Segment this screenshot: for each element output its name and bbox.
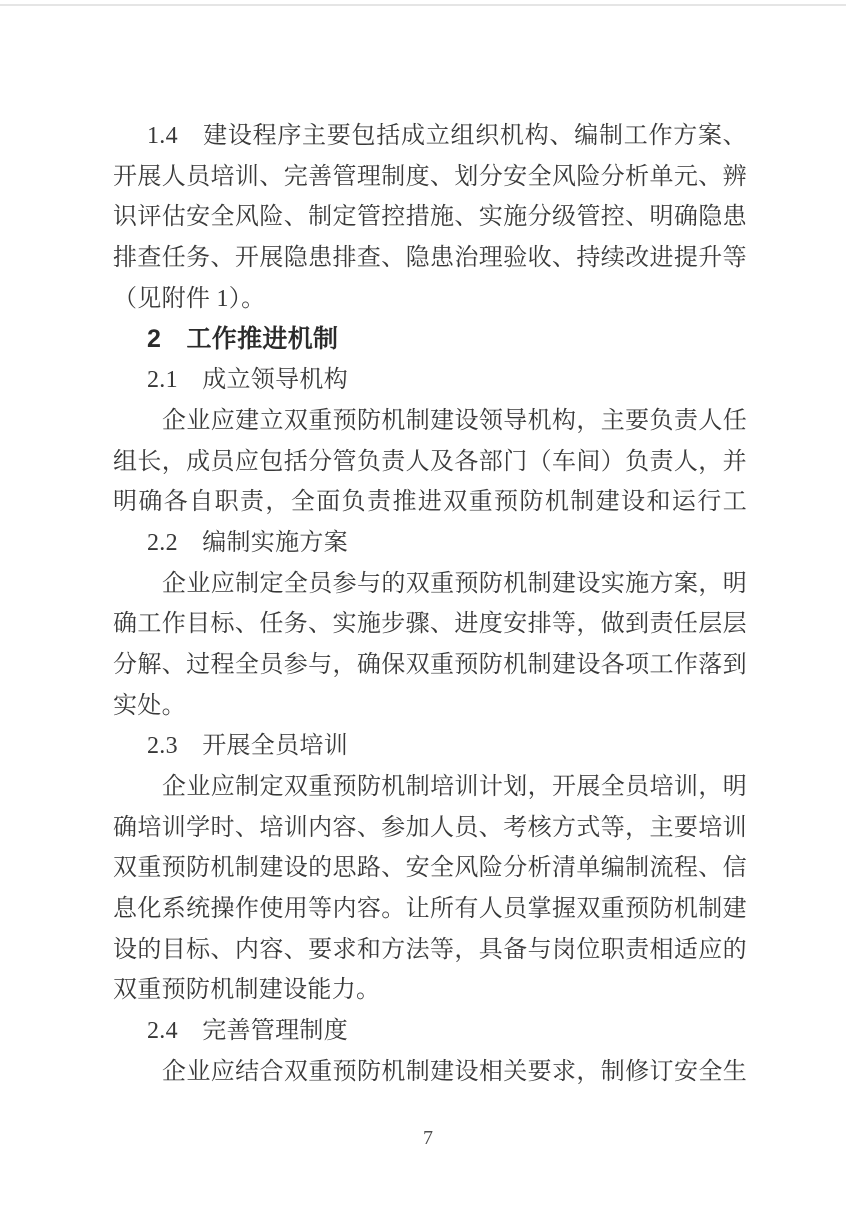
text-line: 确培训学时、培训内容、参加人员、考核方式等，主要培训 [113, 808, 747, 849]
text-line: 企业应制定全员参与的双重预防机制建设实施方案，明 [113, 564, 747, 605]
text-line: 设的目标、内容、要求和方法等，具备与岗位职责相适应的 [113, 930, 747, 971]
subsection-heading: 2.2 编制实施方案 [113, 523, 747, 564]
text-line: （见附件 1）。 [113, 279, 747, 320]
text-line: 分解、过程全员参与，确保双重预防机制建设各项工作落到 [113, 645, 747, 686]
text-line: 企业应建立双重预防机制建设领导机构，主要负责人任 [113, 401, 747, 442]
text-line: 1.4 建设程序主要包括成立组织机构、编制工作方案、 [113, 116, 747, 157]
page-number: 7 [0, 1127, 856, 1150]
subsection-heading: 2.1 成立领导机构 [113, 360, 747, 401]
text-line: 识评估安全风险、制定管控措施、实施分级管控、明确隐患 [113, 197, 747, 238]
text-line: 开展人员培训、完善管理制度、划分安全风险分析单元、辨 [113, 157, 747, 198]
text-line: 实处。 [113, 686, 747, 727]
section-heading: 2 工作推进机制 [113, 319, 747, 360]
text-line: 组长，成员应包括分管负责人及各部门（车间）负责人，并 [113, 442, 747, 483]
text-line: 双重预防机制建设的思路、安全风险分析清单编制流程、信 [113, 848, 747, 889]
text-line: 排查任务、开展隐患排查、隐患治理验收、持续改进提升等 [113, 238, 747, 279]
text-line: 息化系统操作使用等内容。让所有人员掌握双重预防机制建 [113, 889, 747, 930]
text-line: 明确各自职责，全面负责推进双重预防机制建设和运行工作。 [113, 482, 747, 523]
scan-edge-line [0, 4, 846, 6]
text-line: 企业应制定双重预防机制培训计划，开展全员培训，明 [113, 767, 747, 808]
document-page: 1.4 建设程序主要包括成立组织机构、编制工作方案、 开展人员培训、完善管理制度… [0, 0, 860, 1216]
subsection-heading: 2.3 开展全员培训 [113, 726, 747, 767]
text-line: 确工作目标、任务、实施步骤、进度安排等，做到责任层层 [113, 604, 747, 645]
document-body: 1.4 建设程序主要包括成立组织机构、编制工作方案、 开展人员培训、完善管理制度… [113, 116, 747, 1093]
text-line: 企业应结合双重预防机制建设相关要求，制修订安全生 [113, 1052, 747, 1093]
subsection-heading: 2.4 完善管理制度 [113, 1011, 747, 1052]
text-line: 双重预防机制建设能力。 [113, 970, 747, 1011]
